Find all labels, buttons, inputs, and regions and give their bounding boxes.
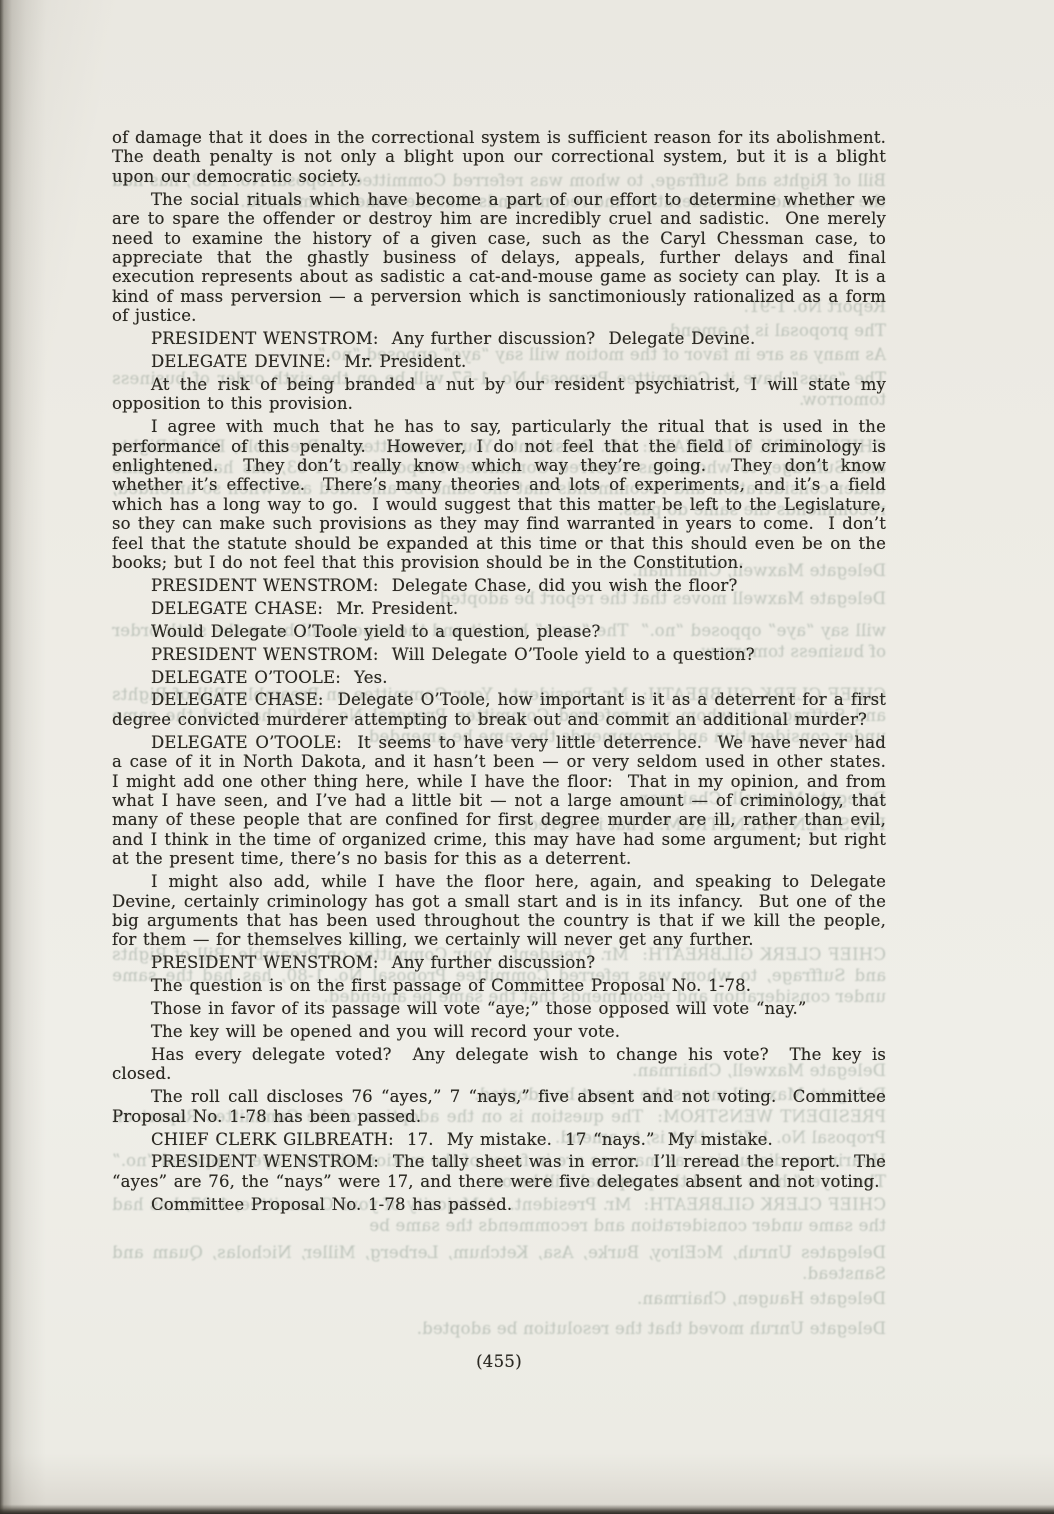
paragraph: DELEGATE CHASE: Mr. President. bbox=[112, 599, 886, 618]
bleedthrough-text: Delegate Unruh moved that the resolution… bbox=[112, 1318, 886, 1339]
left-edge-shadow bbox=[0, 0, 46, 1514]
paragraph: The question is on the first passage of … bbox=[112, 976, 886, 995]
paragraph: DELEGATE O’TOOLE: It seems to have very … bbox=[112, 733, 886, 869]
paragraph: PRESIDENT WENSTROM: Any further discussi… bbox=[112, 953, 886, 972]
paragraph: The roll call discloses 76 “ayes,” 7 “na… bbox=[112, 1087, 886, 1126]
bleedthrough-text: Delegate Haugen, Chairman. bbox=[112, 1288, 886, 1309]
paragraph: Has every delegate voted? Any delegate w… bbox=[112, 1045, 886, 1084]
paragraph: The key will be opened and you will reco… bbox=[112, 1022, 886, 1041]
paragraph: I might also add, while I have the floor… bbox=[112, 872, 886, 950]
paragraph: I agree with much that he has to say, pa… bbox=[112, 417, 886, 572]
page-number: (455) bbox=[112, 1352, 886, 1371]
paragraph: CHIEF CLERK GILBREATH: 17. My mistake. 1… bbox=[112, 1130, 886, 1149]
paragraph: At the risk of being branded a nut by ou… bbox=[112, 375, 886, 414]
paragraph: DELEGATE CHASE: Delegate O’Toole, how im… bbox=[112, 690, 886, 729]
paragraph: The social rituals which have become a p… bbox=[112, 190, 886, 326]
paragraph: PRESIDENT WENSTROM: Will Delegate O’Tool… bbox=[112, 645, 886, 664]
bottom-edge-shadow bbox=[0, 1504, 1054, 1514]
paragraph: PRESIDENT WENSTROM: Delegate Chase, did … bbox=[112, 576, 886, 595]
paragraph: of damage that it does in the correction… bbox=[112, 128, 886, 186]
paragraph: DELEGATE DEVINE: Mr. President. bbox=[112, 352, 886, 371]
paragraph: PRESIDENT WENSTROM: Any further discussi… bbox=[112, 329, 886, 348]
scanned-page: Bill of Rights and Suffrage, to whom was… bbox=[0, 0, 1054, 1514]
paragraph: Committee Proposal No. 1-78 has passed. bbox=[112, 1195, 886, 1214]
paragraph: Those in favor of its passage will vote … bbox=[112, 999, 886, 1018]
paragraph: Would Delegate O’Toole yield to a questi… bbox=[112, 622, 886, 641]
bleedthrough-text: Delegates Unruh, McElroy, Burke, Asa, Ke… bbox=[112, 1242, 886, 1284]
transcript-text: of damage that it does in the correction… bbox=[112, 128, 886, 1214]
paragraph: PRESIDENT WENSTROM: The tally sheet was … bbox=[112, 1152, 886, 1191]
paragraph: DELEGATE O’TOOLE: Yes. bbox=[112, 668, 886, 687]
